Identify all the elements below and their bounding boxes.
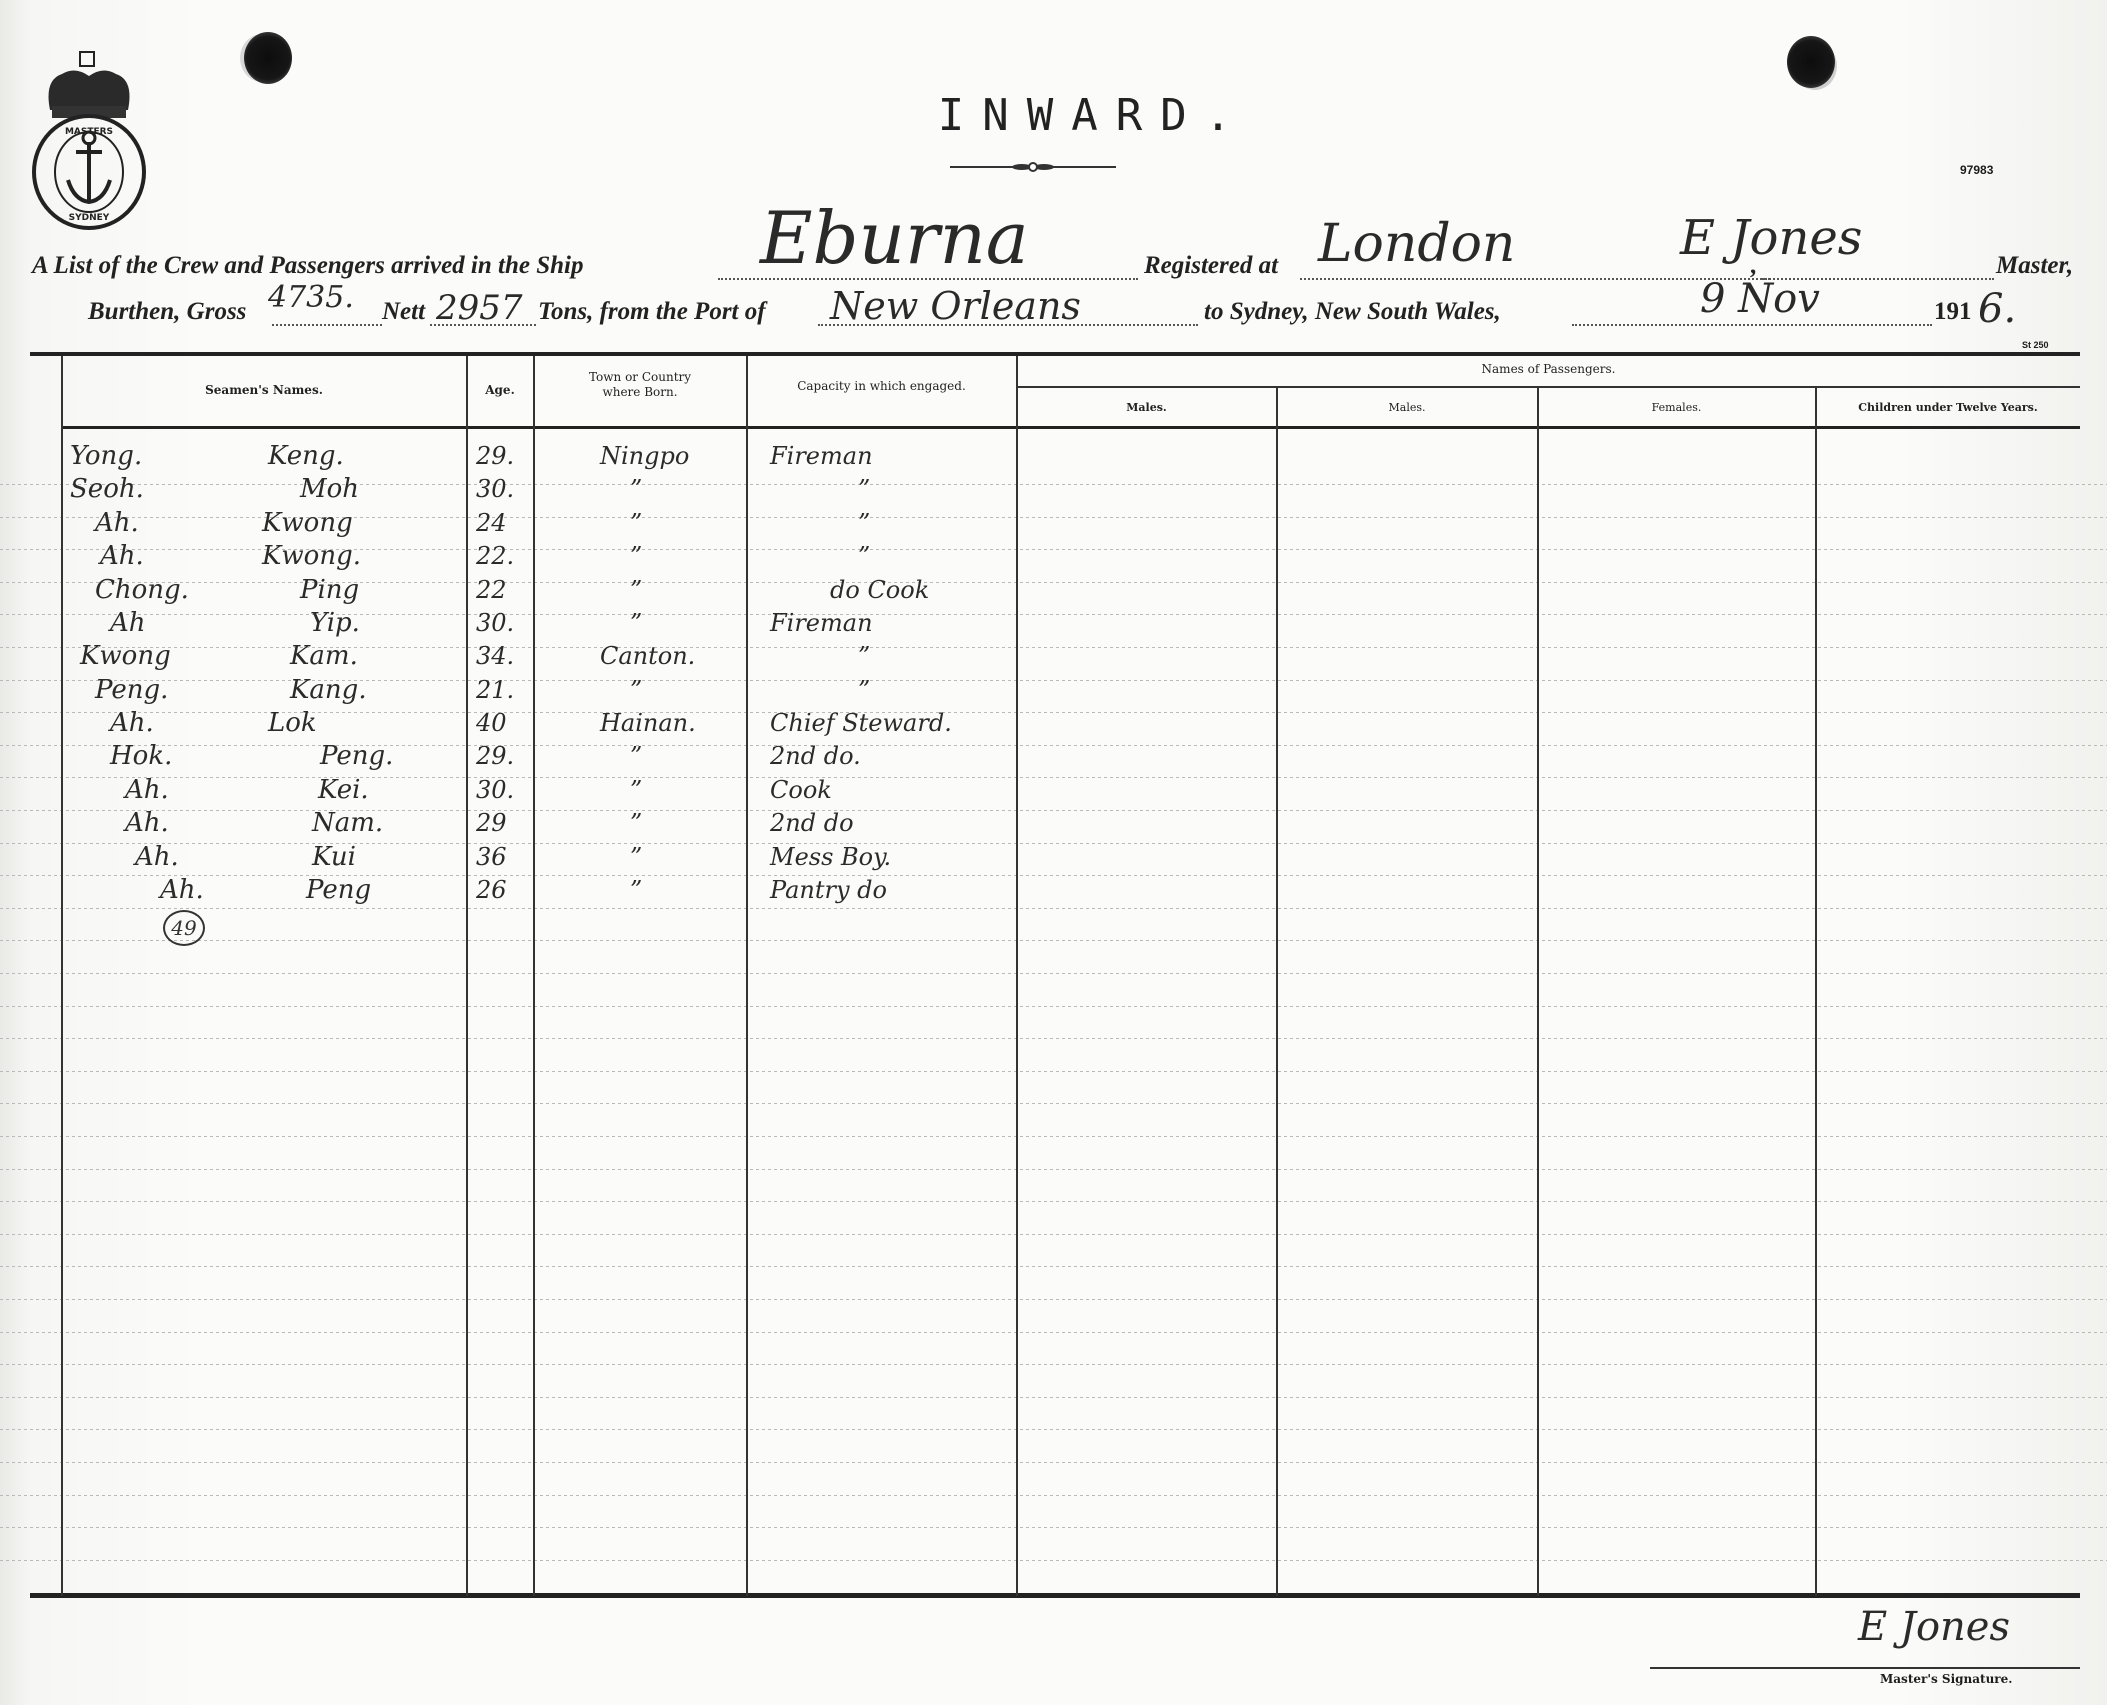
seaman-last-name: Ping	[300, 574, 359, 606]
seaman-last-name: Nam.	[312, 807, 383, 839]
seaman-capacity: 2nd do.	[770, 740, 861, 772]
ruled-line	[0, 1560, 2107, 1561]
seaman-first-name: Ah	[110, 607, 146, 639]
master-signature-label: Master's Signature.	[1880, 1672, 2012, 1686]
burthen-gross-label: Burthen, Gross	[88, 298, 246, 326]
seaman-age: 29.	[476, 440, 514, 472]
table-top-border	[30, 352, 2080, 356]
seaman-birthplace: Ningpo	[600, 440, 689, 472]
ruled-line	[0, 973, 2107, 974]
header-children-under-twelve: Children under Twelve Years.	[1816, 400, 2080, 415]
from-port-value: New Orleans	[830, 284, 1081, 328]
seaman-first-name: Hok.	[110, 740, 172, 772]
seaman-age: 26	[476, 874, 507, 906]
header-names-of-passengers: Names of Passengers.	[1017, 362, 2080, 377]
seaman-first-name: Seoh.	[70, 473, 144, 505]
ruled-line	[0, 745, 2107, 746]
header-age: Age.	[467, 383, 533, 398]
ruled-line	[0, 1397, 2107, 1398]
tons-from-port-label: Tons, from the Port of	[538, 298, 766, 326]
seaman-birthplace: Hainan.	[600, 707, 696, 739]
gross-tons-value: 4735.	[268, 280, 354, 315]
form-title: INWARD.	[0, 90, 2107, 141]
seaman-first-name: Yong.	[70, 440, 142, 472]
col-divider-males-males	[1276, 388, 1278, 1596]
col-divider-left	[61, 356, 63, 1596]
seaman-capacity: Fireman	[770, 440, 873, 472]
seaman-age: 29	[476, 807, 507, 839]
seaman-birthplace: ”	[630, 540, 642, 572]
ruled-line	[0, 1332, 2107, 1333]
ruled-line	[0, 1234, 2107, 1235]
seaman-birthplace: ”	[630, 574, 642, 606]
header-bottom-rule	[62, 426, 2080, 429]
seaman-last-name: Moh	[300, 473, 359, 505]
seaman-capacity: ”	[858, 640, 870, 672]
punch-hole-right	[1787, 36, 1835, 88]
col-divider-capacity-passengers	[1016, 356, 1018, 1596]
header-town-country-line2: where Born.	[534, 385, 746, 400]
date-field-line	[1572, 324, 1932, 326]
seaman-first-name: Ah.	[125, 807, 169, 839]
to-sydney-label: to Sydney, New South Wales,	[1204, 298, 1501, 326]
seaman-last-name: Kwong	[262, 507, 353, 539]
ruled-line	[0, 1103, 2107, 1104]
seaman-birthplace: ”	[630, 473, 642, 505]
seaman-last-name: Kwong.	[262, 540, 361, 572]
seaman-age: 21.	[476, 674, 514, 706]
arrival-date-value: 9 Nov	[1700, 276, 1820, 322]
seaman-last-name: Yip.	[310, 607, 360, 639]
registered-port-value: London	[1318, 214, 1515, 274]
seaman-last-name: Peng.	[320, 740, 393, 772]
seaman-birthplace: ”	[630, 507, 642, 539]
year-suffix-value: 6.	[1978, 286, 2016, 332]
seaman-birthplace: ”	[630, 607, 642, 639]
seaman-capacity: Cook	[770, 774, 832, 806]
ruled-line	[0, 1006, 2107, 1007]
seaman-age: 36	[476, 841, 507, 873]
ruled-line	[0, 1071, 2107, 1072]
seaman-birthplace: ”	[630, 807, 642, 839]
seaman-birthplace: ”	[630, 841, 642, 873]
seaman-capacity: Mess Boy.	[770, 841, 891, 873]
seaman-first-name: Ah.	[110, 707, 154, 739]
header-males-1: Males.	[1017, 400, 1276, 415]
ruled-line	[0, 1429, 2107, 1430]
ruled-line	[0, 1299, 2107, 1300]
seaman-capacity: do Cook	[830, 574, 929, 606]
seaman-age: 30.	[476, 774, 514, 806]
seaman-capacity: ”	[858, 674, 870, 706]
col-divider-town-capacity	[746, 356, 748, 1596]
seaman-last-name: Peng	[306, 874, 371, 906]
header-seamen-names: Seamen's Names.	[62, 383, 466, 398]
seaman-capacity: Fireman	[770, 607, 873, 639]
seaman-age: 29.	[476, 740, 514, 772]
title-ornament-icon	[950, 160, 1116, 174]
list-heading-label: A List of the Crew and Passengers arrive…	[32, 252, 583, 280]
ruled-line	[0, 1169, 2107, 1170]
seaman-age: 34.	[476, 640, 514, 672]
ruled-line	[0, 1495, 2107, 1496]
seaman-last-name: Kui	[312, 841, 356, 873]
seaman-last-name: Kang.	[290, 674, 367, 706]
ruled-line	[0, 1364, 2107, 1365]
seaman-capacity: ”	[858, 507, 870, 539]
seaman-capacity: ”	[858, 473, 870, 505]
header-males-2: Males.	[1277, 400, 1537, 415]
seaman-birthplace: Canton.	[600, 640, 695, 672]
seaman-capacity: Pantry do	[770, 874, 887, 906]
circled-crew-total: 49	[163, 910, 205, 946]
registered-at-label: Registered at	[1144, 252, 1278, 280]
col-divider-males-females	[1537, 388, 1539, 1596]
seaman-capacity: 2nd do	[770, 807, 854, 839]
punch-hole-left	[244, 32, 292, 84]
ruled-line	[0, 1201, 2107, 1202]
col-divider-females-children	[1815, 388, 1817, 1596]
seaman-age: 24	[476, 507, 507, 539]
gross-tons-field-line	[272, 324, 382, 326]
ruled-line	[0, 908, 2107, 909]
seaman-first-name: Ah.	[95, 507, 139, 539]
ruled-line	[0, 1527, 2107, 1528]
seaman-first-name: Chong.	[95, 574, 189, 606]
nett-label: Nett	[382, 298, 425, 326]
nett-tons-value: 2957	[436, 288, 523, 328]
seaman-first-name: Kwong	[80, 640, 171, 672]
seaman-age: 40	[476, 707, 507, 739]
ruled-line	[0, 940, 2107, 941]
master-name-value: E Jones	[1680, 210, 1862, 266]
seaman-last-name: Keng.	[268, 440, 344, 472]
table-bottom-border	[30, 1593, 2080, 1598]
ship-name-value: Eburna	[760, 196, 1029, 280]
ruled-line	[0, 1462, 2107, 1463]
seaman-first-name: Ah.	[100, 540, 144, 572]
ruled-line	[0, 1136, 2107, 1137]
seaman-first-name: Ah.	[125, 774, 169, 806]
header-females: Females.	[1538, 400, 1815, 415]
header-capacity: Capacity in which engaged.	[747, 379, 1016, 394]
document-number: 97983	[1960, 163, 1993, 177]
header-town-country-line1: Town or Country	[534, 370, 746, 385]
seaman-birthplace: ”	[630, 740, 642, 772]
document-page: MASTERS SYDNEY INWARD. 97983 A List of t…	[0, 0, 2107, 1705]
master-signature: E Jones	[1858, 1604, 2010, 1650]
seaman-first-name: Ah.	[135, 841, 179, 873]
passengers-subheader-rule	[1018, 386, 2080, 388]
seaman-birthplace: ”	[630, 874, 642, 906]
col-divider-names-age	[466, 356, 468, 1596]
seaman-age: 22.	[476, 540, 514, 572]
seaman-age: 30.	[476, 473, 514, 505]
seaman-birthplace: ”	[630, 774, 642, 806]
seaman-capacity: ”	[858, 540, 870, 572]
seaman-last-name: Kei.	[318, 774, 369, 806]
seaman-capacity: Chief Steward.	[770, 707, 952, 739]
seaman-last-name: Kam.	[290, 640, 358, 672]
svg-text:SYDNEY: SYDNEY	[69, 213, 110, 223]
master-label: Master,	[1996, 252, 2073, 280]
seaman-first-name: Peng.	[95, 674, 168, 706]
col-divider-age-town	[533, 356, 535, 1596]
seaman-birthplace: ”	[630, 674, 642, 706]
header-town-country: Town or Country where Born.	[534, 370, 746, 400]
form-code: St 250	[2022, 340, 2049, 350]
seaman-last-name: Lok	[268, 707, 317, 739]
signature-line	[1650, 1667, 2080, 1669]
ruled-line	[0, 1038, 2107, 1039]
ruled-line	[0, 777, 2107, 778]
ruled-line	[0, 1266, 2107, 1267]
seaman-first-name: Ah.	[160, 874, 204, 906]
seaman-age: 30.	[476, 607, 514, 639]
year-prefix: 191	[1934, 298, 1972, 326]
seaman-age: 22	[476, 574, 507, 606]
